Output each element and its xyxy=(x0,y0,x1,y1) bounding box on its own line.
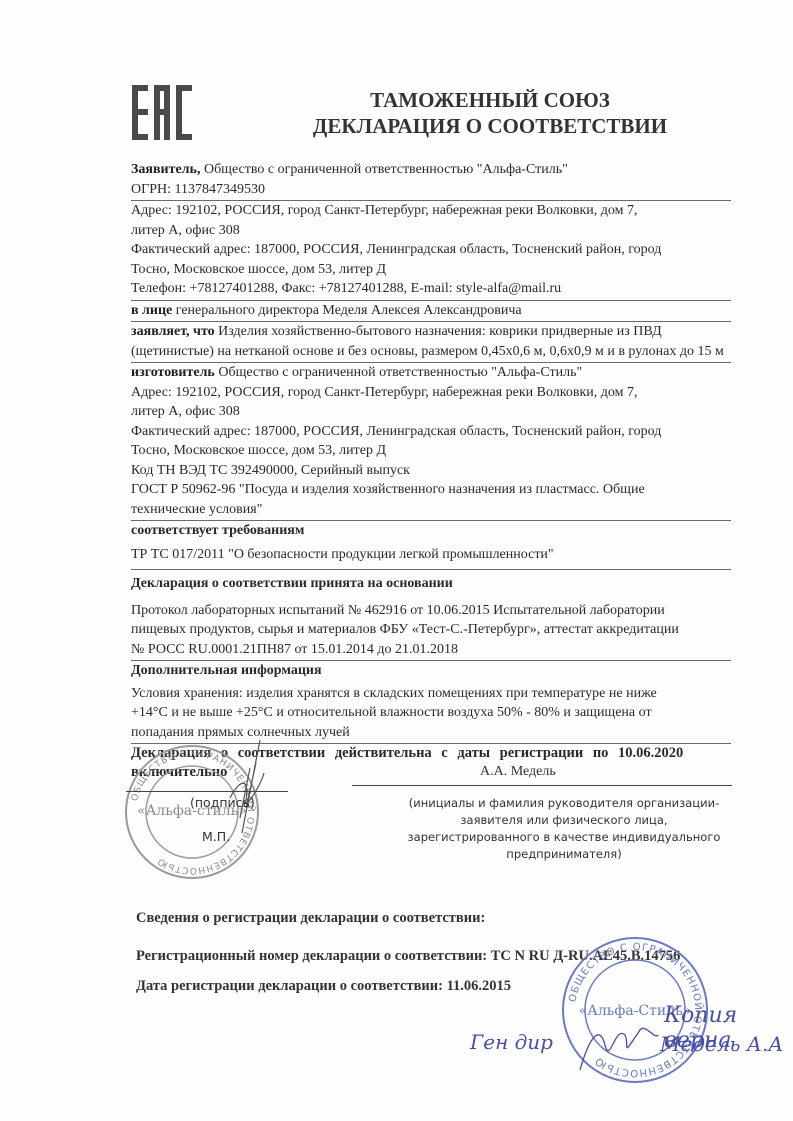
applicant-contacts: Телефон: +78127401288, Факс: +7812740128… xyxy=(131,279,731,299)
conforms-text: ТР ТС 017/2011 "О безопасности продукции… xyxy=(131,541,731,569)
representative-text: генерального директора Меделя Алексея Ал… xyxy=(172,303,521,318)
registration-heading: Сведения о регистрации декларации о соот… xyxy=(136,910,485,927)
representative-section: в лице генерального директора Меделя Але… xyxy=(131,301,731,323)
applicant-actual-address-2: Тосно, Московское шоссе, дом 53, литер Д xyxy=(131,260,731,280)
applicant-address-section: Адрес: 192102, РОССИЯ, город Санкт-Петер… xyxy=(131,201,731,301)
declares-text: Изделия хозяйственно-бытового назначения… xyxy=(131,324,724,359)
basis-line-1: Протокол лабораторных испытаний № 462916… xyxy=(131,598,731,621)
additional-line-2: +14°С и не выше +25°С и относительной вл… xyxy=(131,703,731,723)
representative-label: в лице xyxy=(131,303,172,318)
manufacturer-section: изготовитель Общество с ограниченной отв… xyxy=(131,363,731,521)
applicant-actual-address-1: Фактический адрес: 187000, РОССИЯ, Ленин… xyxy=(131,240,731,260)
title-line-1: ТАМОЖЕННЫЙ СОЮЗ xyxy=(270,87,710,113)
validity-section: Декларация о соответствии действительна … xyxy=(131,744,731,783)
stamp-place-label: М.П. xyxy=(202,829,230,844)
manufacturer-address-2: литер А, офис 308 xyxy=(131,402,731,422)
manufacturer-actual-address-1: Фактический адрес: 187000, РОССИЯ, Ленин… xyxy=(131,422,731,442)
basis-label: Декларация о соответствии принята на осн… xyxy=(131,570,731,598)
declares-label: заявляет, что xyxy=(131,324,215,339)
manufacturer-code: Код ТН ВЭД ТС 392490000, Серийный выпуск xyxy=(131,461,731,481)
basis-section: Декларация о соответствии принята на осн… xyxy=(131,570,731,661)
basis-line-3: № РОСС RU.0001.21ПН87 от 15.01.2014 до 2… xyxy=(131,640,731,660)
signature-line xyxy=(126,791,288,792)
applicant-name: Общество с ограниченной ответственностью… xyxy=(200,162,567,177)
additional-line-1: Условия хранения: изделия хранятся в скл… xyxy=(131,684,731,704)
manufacturer-label: изготовитель xyxy=(131,365,215,380)
manufacturer-actual-address-2: Тосно, Московское шоссе, дом 53, литер Д xyxy=(131,441,731,461)
applicant-address-1: Адрес: 192102, РОССИЯ, город Санкт-Петер… xyxy=(131,201,731,221)
additional-label: Дополнительная информация xyxy=(131,661,731,684)
additional-section: Дополнительная информация Условия хранен… xyxy=(131,661,731,744)
applicant-section: Заявитель, Общество с ограниченной ответ… xyxy=(131,160,731,201)
declares-section: заявляет, что Изделия хозяйственно-бытов… xyxy=(131,322,731,363)
handwritten-name: Медель А.А xyxy=(660,1032,783,1056)
manufacturer-address-1: Адрес: 192102, РОССИЯ, город Санкт-Петер… xyxy=(131,383,731,403)
applicant-ogrn: ОГРН: 1137847349530 xyxy=(131,180,731,200)
basis-line-2: пищевых продуктов, сырья и материалов ФБ… xyxy=(131,620,731,640)
conforms-section: соответствует требованиям ТР ТС 017/2011… xyxy=(131,521,731,570)
title-line-2: ДЕКЛАРАЦИЯ О СООТВЕТСТВИИ xyxy=(270,113,710,139)
signer-caption: (инициалы и фамилия руководителя организ… xyxy=(395,795,733,863)
signature-label: (подпись) xyxy=(190,795,255,810)
registration-date: Дата регистрации декларации о соответств… xyxy=(136,978,511,995)
manufacturer-gost-1: ГОСТ Р 50962-96 "Посуда и изделия хозяйс… xyxy=(131,480,731,500)
manufacturer-gost-2: технические условия" xyxy=(131,500,731,520)
manufacturer-name: Общество с ограниченной ответственностью… xyxy=(215,365,582,380)
validity-line-2: включительно xyxy=(131,763,731,782)
declaration-body: Заявитель, Общество с ограниченной ответ… xyxy=(131,160,731,783)
certification-signature-icon xyxy=(570,1015,660,1075)
signer-name-line xyxy=(352,785,732,786)
svg-text:«Альфа-стиль»: «Альфа-стиль» xyxy=(137,803,247,819)
handwritten-position: Ген дир xyxy=(470,1030,553,1054)
document-title: ТАМОЖЕННЫЙ СОЮЗ ДЕКЛАРАЦИЯ О СООТВЕТСТВИ… xyxy=(270,87,710,139)
applicant-address-2: литер А, офис 308 xyxy=(131,221,731,241)
conforms-label: соответствует требованиям xyxy=(131,521,731,541)
validity-line-1: Декларация о соответствии действительна … xyxy=(131,744,731,763)
eac-logo-icon xyxy=(132,85,192,140)
declaration-page: ТАМОЖЕННЫЙ СОЮЗ ДЕКЛАРАЦИЯ О СООТВЕТСТВИ… xyxy=(0,0,793,1121)
additional-line-3: попадания прямых солнечных лучей xyxy=(131,723,731,743)
applicant-label: Заявитель, xyxy=(131,162,200,177)
